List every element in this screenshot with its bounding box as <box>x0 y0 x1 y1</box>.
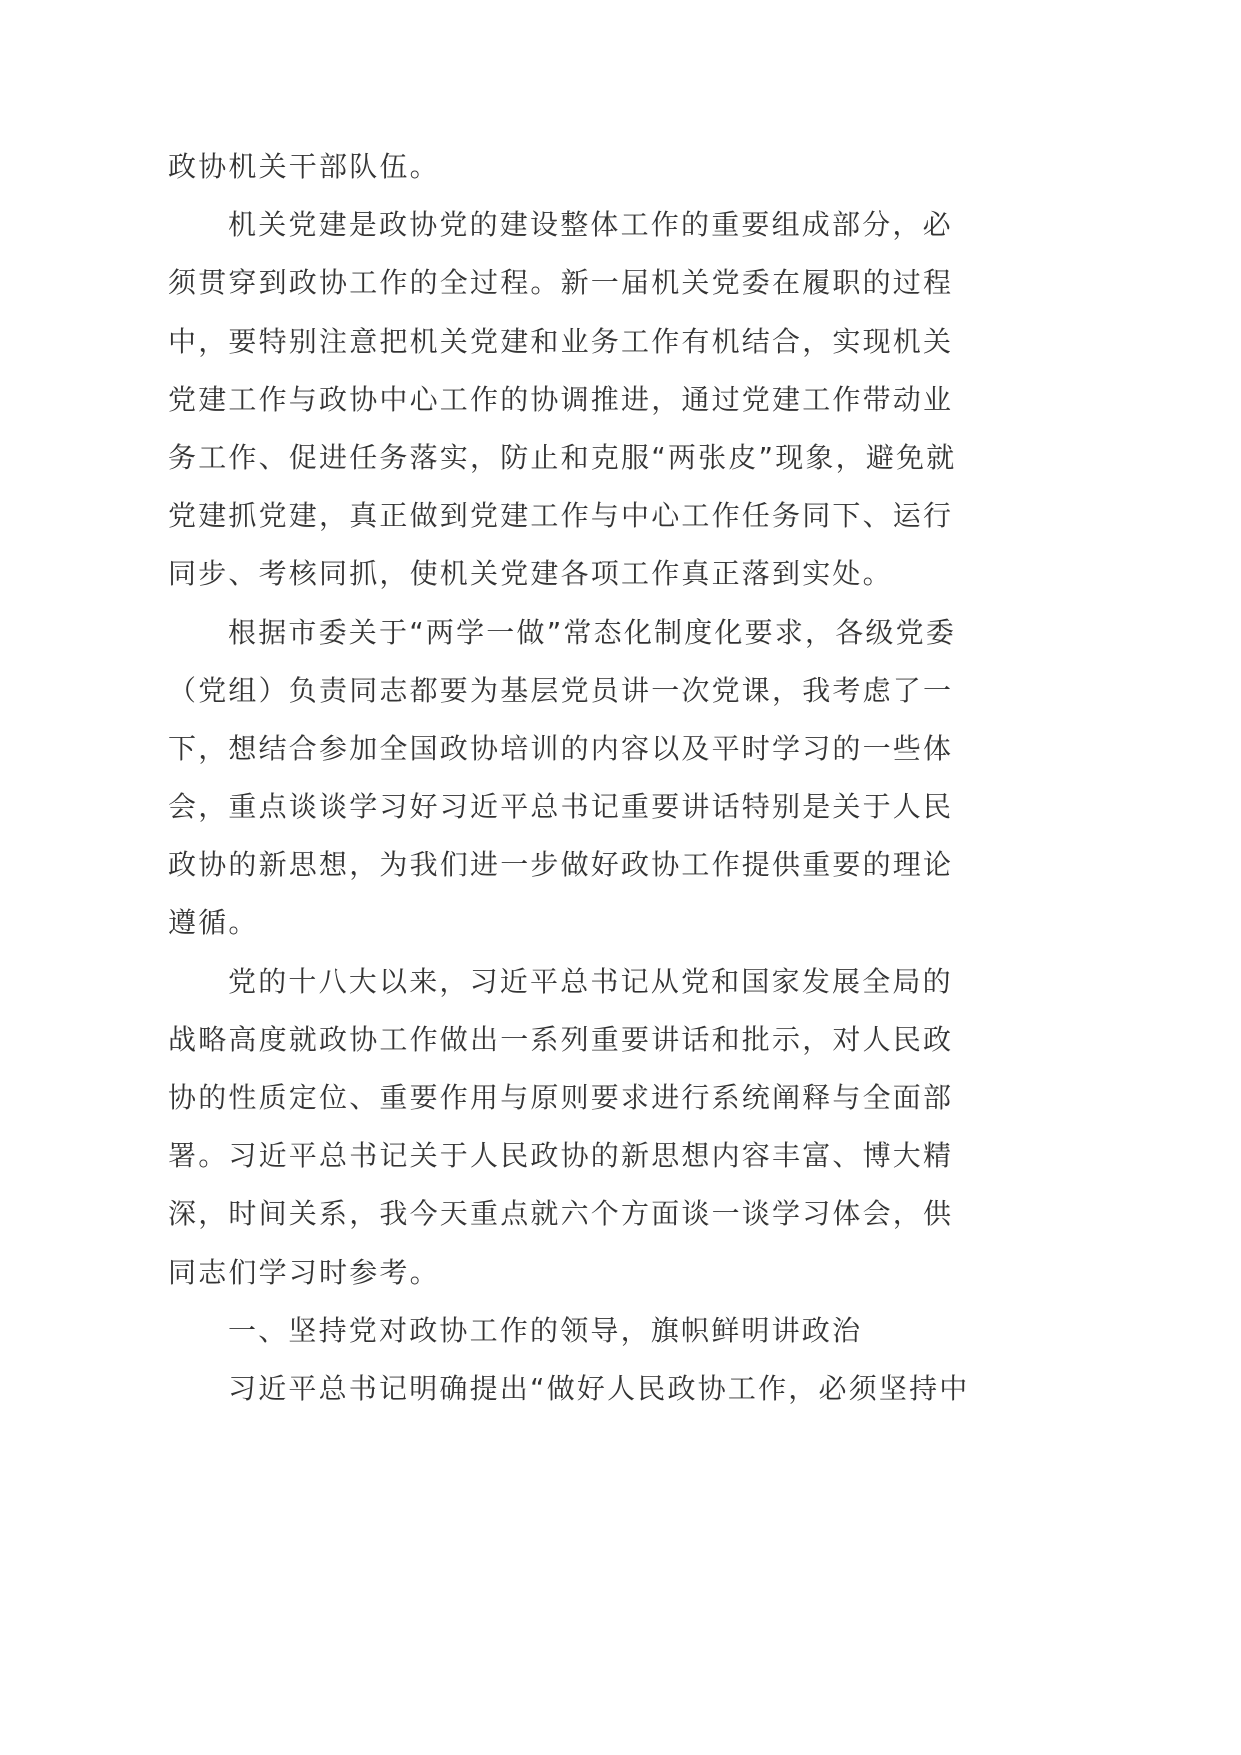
text-line: （党组）负责同志都要为基层党员讲一次党课，我考虑了一 <box>168 662 944 720</box>
text-line: 中，要特别注意把机关党建和业务工作有机结合，实现机关 <box>168 313 944 371</box>
paragraph-start-line: 根据市委关于“两学一做”常态化制度化要求，各级党委 <box>168 604 944 662</box>
text-line: 会，重点谈谈学习好习近平总书记重要讲话特别是关于人民 <box>168 778 944 836</box>
text-line: 务工作、促进任务落实，防止和克服“两张皮”现象，避免就 <box>168 429 944 487</box>
document-page: 政协机关干部队伍。 机关党建是政协党的建设整体工作的重要组成部分，必 须贯穿到政… <box>168 138 944 1418</box>
paragraph-start-line: 习近平总书记明确提出“做好人民政协工作，必须坚持中 <box>168 1360 944 1418</box>
paragraph-start-line: 机关党建是政协党的建设整体工作的重要组成部分，必 <box>168 196 944 254</box>
text-line: 政协机关干部队伍。 <box>168 138 944 196</box>
text-line: 深，时间关系，我今天重点就六个方面谈一谈学习体会，供 <box>168 1185 944 1243</box>
section-heading: 一、坚持党对政协工作的领导，旗帜鲜明讲政治 <box>168 1302 944 1360</box>
paragraph-start-line: 党的十八大以来，习近平总书记从党和国家发展全局的 <box>168 953 944 1011</box>
text-line: 党建抓党建，真正做到党建工作与中心工作任务同下、运行 <box>168 487 944 545</box>
text-line: 协的性质定位、重要作用与原则要求进行系统阐释与全面部 <box>168 1069 944 1127</box>
text-line: 署。习近平总书记关于人民政协的新思想内容丰富、博大精 <box>168 1127 944 1185</box>
text-line: 政协的新思想，为我们进一步做好政协工作提供重要的理论 <box>168 836 944 894</box>
text-line: 下，想结合参加全国政协培训的内容以及平时学习的一些体 <box>168 720 944 778</box>
text-line: 党建工作与政协中心工作的协调推进，通过党建工作带动业 <box>168 371 944 429</box>
text-line: 战略高度就政协工作做出一系列重要讲话和批示，对人民政 <box>168 1011 944 1069</box>
text-line: 遵循。 <box>168 894 944 952</box>
text-line: 同步、考核同抓，使机关党建各项工作真正落到实处。 <box>168 545 944 603</box>
text-line: 同志们学习时参考。 <box>168 1244 944 1302</box>
text-line: 须贯穿到政协工作的全过程。新一届机关党委在履职的过程 <box>168 254 944 312</box>
